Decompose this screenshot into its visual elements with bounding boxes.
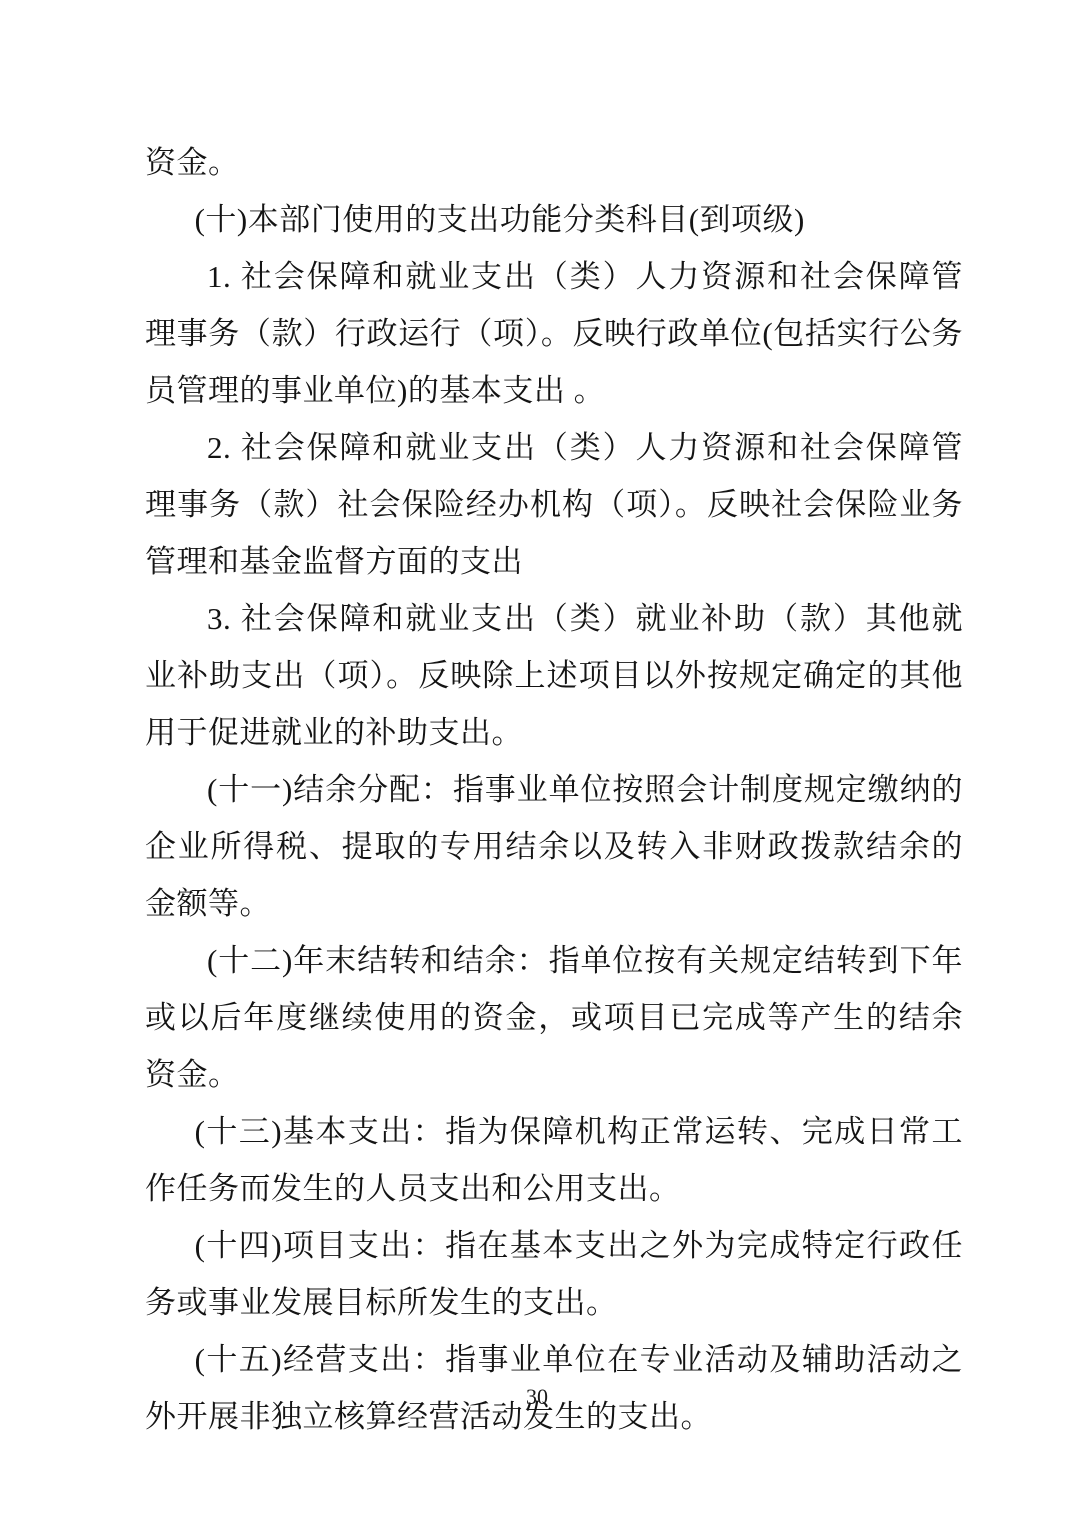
- paragraph-continuation: 资金。: [145, 134, 963, 191]
- paragraph-section-14: (十四)项目支出：指在基本支出之外为完成特定行政任务或事业发展目标所发生的支出。: [145, 1217, 963, 1331]
- document-page: 资金。 (十)本部门使用的支出功能分类科目(到项级) 1. 社会保障和就业支出（…: [0, 0, 1074, 1520]
- paragraph-section-11: (十一)结余分配：指事业单位按照会计制度规定缴纳的企业所得税、提取的专用结余以及…: [145, 761, 963, 932]
- paragraph-item-2: 2. 社会保障和就业支出（类）人力资源和社会保障管理事务（款）社会保险经办机构（…: [145, 419, 963, 590]
- paragraph-section-10-heading: (十)本部门使用的支出功能分类科目(到项级): [145, 191, 963, 248]
- paragraph-section-13: (十三)基本支出：指为保障机构正常运转、完成日常工作任务而发生的人员支出和公用支…: [145, 1103, 963, 1217]
- document-body-text: 资金。 (十)本部门使用的支出功能分类科目(到项级) 1. 社会保障和就业支出（…: [145, 134, 963, 1445]
- paragraph-item-3: 3. 社会保障和就业支出（类）就业补助（款）其他就业补助支出（项）。反映除上述项…: [145, 590, 963, 761]
- paragraph-item-1: 1. 社会保障和就业支出（类）人力资源和社会保障管理事务（款）行政运行（项）。反…: [145, 248, 963, 419]
- page-number: 30: [0, 1382, 1074, 1412]
- paragraph-section-12: (十二)年末结转和结余：指单位按有关规定结转到下年或以后年度继续使用的资金，或项…: [145, 932, 963, 1103]
